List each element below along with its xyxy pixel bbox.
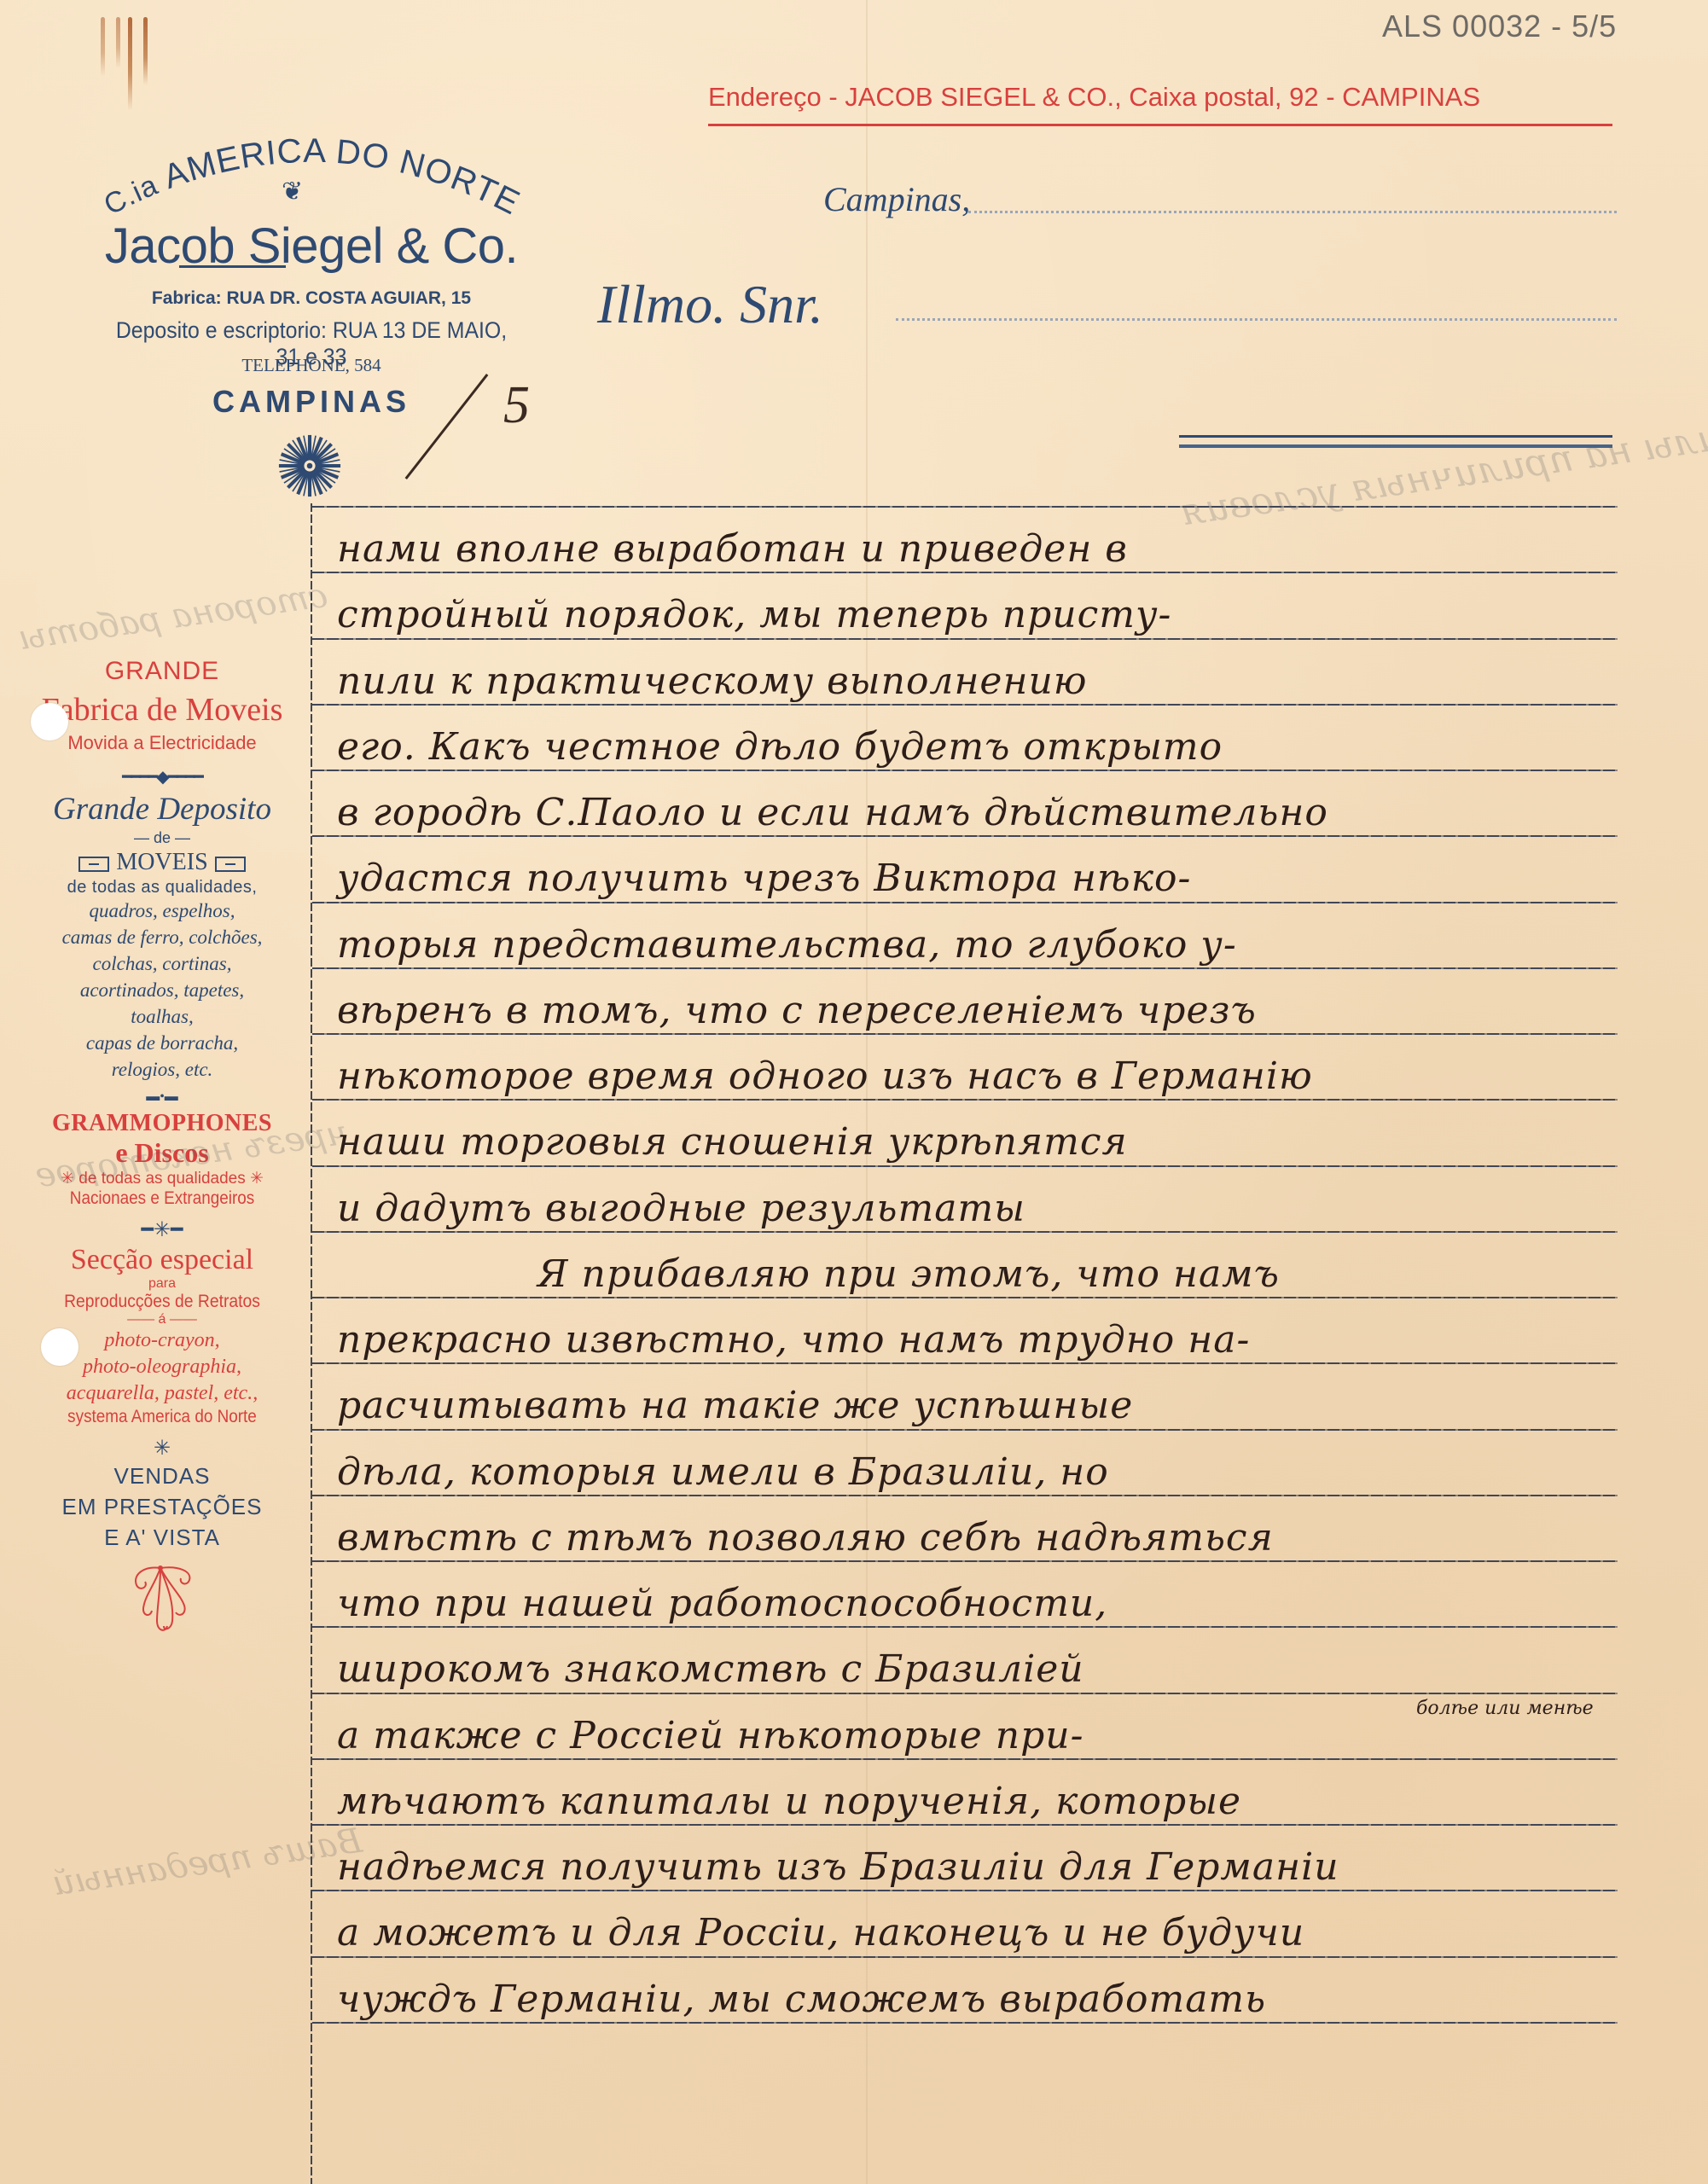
letter-line: а также с Россiей нѣкоторые при- — [337, 1717, 1617, 1755]
telephone: TELEPHONE, 584 — [85, 355, 537, 376]
recipient-field — [896, 318, 1617, 321]
sidebar-grande: GRANDE — [17, 657, 307, 686]
city-name: CAMPINAS — [85, 384, 537, 420]
ruled-line — [312, 1429, 1618, 1431]
address-underline — [708, 124, 1612, 126]
ruled-line — [312, 1824, 1618, 1826]
sidebar-para: para — [17, 1276, 307, 1292]
sidebar-de: — de — — [17, 829, 307, 847]
sidebar-item: camas de ferro, colchões, — [17, 924, 307, 950]
double-rule-top — [1179, 435, 1612, 438]
ruled-line — [312, 1626, 1618, 1628]
sidebar-seccao: Secção especial — [17, 1244, 307, 1276]
factory-address: Fabrica: RUA DR. COSTA AGUIAR, 15 — [85, 288, 537, 309]
ruled-line — [312, 902, 1618, 903]
ruled-line — [312, 1099, 1618, 1101]
letter-line: его. Какъ честное дѣло будетъ открыто — [337, 729, 1617, 766]
ruled-line — [312, 638, 1618, 640]
sidebar-reproduccoes: Reproducções de Retratos — [29, 1292, 296, 1312]
letter-line: дѣла, которыя имели в Бразилiи, но — [337, 1454, 1617, 1491]
letter-line: что при нашей работоспособности, — [337, 1585, 1617, 1623]
sidebar-vendas: E A' VISTA — [17, 1522, 307, 1553]
letter-line: наши торговыя сношенiя укрѣпятся — [337, 1124, 1617, 1161]
letter-line: стройный порядок, мы теперь присту- — [337, 596, 1617, 634]
ruled-line — [312, 1297, 1618, 1298]
letter-line: прекрасно извѣстно, что намъ трудно на- — [337, 1321, 1617, 1359]
ruled-line — [312, 1956, 1618, 1958]
archive-reference: ALS 00032 - 5/5 — [1382, 9, 1617, 44]
punch-hole — [41, 1328, 78, 1366]
place-label: Campinas, — [823, 179, 970, 219]
salutation-label: Illmo. Snr. — [597, 273, 823, 336]
sidebar-nacionaes: Nacionaes e Extrangeiros — [32, 1188, 293, 1209]
punch-hole — [31, 703, 68, 741]
box-ornament-icon — [215, 857, 246, 872]
ruled-line — [312, 1693, 1618, 1694]
date-field — [968, 211, 1617, 213]
sidebar-item: relogios, etc. — [17, 1056, 307, 1083]
rust-marks — [101, 17, 160, 119]
scroll-ornament-icon: ❦ — [282, 177, 303, 206]
margin-line — [311, 503, 312, 2184]
company-arc-title: C.ia AMERICA DO NORTE — [90, 111, 533, 222]
ruled-line — [312, 835, 1618, 837]
letter-line: нами вполне выработан и приведен в — [337, 531, 1617, 568]
letter-line: и дадутъ выгодные результаты — [337, 1190, 1617, 1228]
ruled-line — [312, 2022, 1618, 2024]
ruled-line — [312, 1231, 1618, 1233]
ruled-line — [312, 1560, 1618, 1562]
star-ornament-icon: ━✳━ — [17, 1217, 307, 1242]
ruled-line — [312, 1165, 1618, 1167]
interlinear-insertion: болѣе или менѣе — [1416, 1698, 1594, 1719]
ruled-line — [312, 1758, 1618, 1760]
sidebar-item: toalhas, — [17, 1003, 307, 1030]
sidebar-item: colchas, cortinas, — [17, 950, 307, 977]
sidebar-item: acortinados, tapetes, — [17, 977, 307, 1003]
ruled-line — [312, 967, 1618, 969]
sidebar-moveis: MOVEIS — [17, 849, 307, 876]
sidebar-item: capas de borracha, — [17, 1030, 307, 1056]
sunburst-icon — [275, 431, 345, 501]
ruled-line — [312, 572, 1618, 573]
letter-line: широкомъ знакомствѣ с Бразилiей — [337, 1651, 1617, 1688]
letter-line: в городѣ С.Паоло и если намъ дѣйствитель… — [337, 794, 1617, 832]
letter-line: мѣчаютъ капиталы и порученiя, которые — [337, 1783, 1617, 1821]
sidebar-item: quadros, espelhos, — [17, 897, 307, 924]
letter-line: надѣемся получить изъ Бразилiи для Герма… — [337, 1849, 1617, 1886]
letter-line: расчитывать на такiе же успѣшные — [337, 1387, 1617, 1425]
sidebar-moveis-label: MOVEIS — [116, 849, 207, 875]
letter-line: нѣкоторое время одного изъ насъ в Герман… — [337, 1058, 1617, 1095]
company-name: Jacob Siegel & Co. — [85, 218, 537, 275]
letter-line: а можетъ и для Россiи, наконецъ и не буд… — [337, 1914, 1617, 1952]
address-line: Endereço - JACOB SIEGEL & CO., Caixa pos… — [708, 82, 1480, 113]
ruled-line — [312, 1495, 1618, 1496]
ruled-line — [312, 770, 1618, 771]
sidebar-vendas: VENDAS — [17, 1461, 307, 1491]
letter-line: торыя представительства, то глубоко у- — [337, 926, 1617, 964]
letter-line: вмѣстѣ с тѣмъ позволяю себѣ надѣяться — [337, 1519, 1617, 1557]
sidebar-a: —— á —— — [17, 1312, 307, 1327]
letter-line: вѣренъ в томъ, что с переселенiемъ чрезъ — [337, 992, 1617, 1030]
ruled-line — [312, 1033, 1618, 1035]
ruled-line — [312, 1362, 1618, 1364]
ornamental-rule — [179, 265, 286, 268]
letter-line: Я прибавляю при этомъ, что намъ — [537, 1256, 1708, 1293]
page-number: 5 — [503, 375, 530, 436]
flourish-ornament-icon — [119, 1561, 205, 1647]
sidebar-systema: systema America do Norte — [32, 1407, 293, 1427]
letter-line: чуждъ Германiи, мы сможемъ выработать — [337, 1981, 1617, 2018]
sidebar-todas-qualidades: de todas as qualidades, — [17, 878, 307, 897]
letter-line: пили к практическому выполнению — [337, 663, 1617, 700]
sidebar-vendas: EM PRESTAÇÕES — [17, 1491, 307, 1522]
asterisk-ornament-icon: ✳ — [17, 1436, 307, 1461]
divider-ornament-icon: ━━━━◆━━━━ — [17, 766, 307, 787]
sidebar-photo-item: acquarella, pastel, etc., — [17, 1380, 307, 1407]
ruled-line — [312, 506, 1618, 508]
letter-line: удастся получить чрезъ Виктора нѣко- — [337, 860, 1617, 897]
sidebar-grande-deposito: Grande Deposito — [17, 791, 307, 828]
ruled-line — [312, 704, 1618, 706]
dot-ornament-icon: ▬•▬ — [17, 1089, 307, 1105]
svg-text:C.ia AMERICA DO NORTE: C.ia AMERICA DO NORTE — [99, 132, 526, 222]
box-ornament-icon — [78, 857, 109, 872]
ruled-line — [312, 1890, 1618, 1891]
